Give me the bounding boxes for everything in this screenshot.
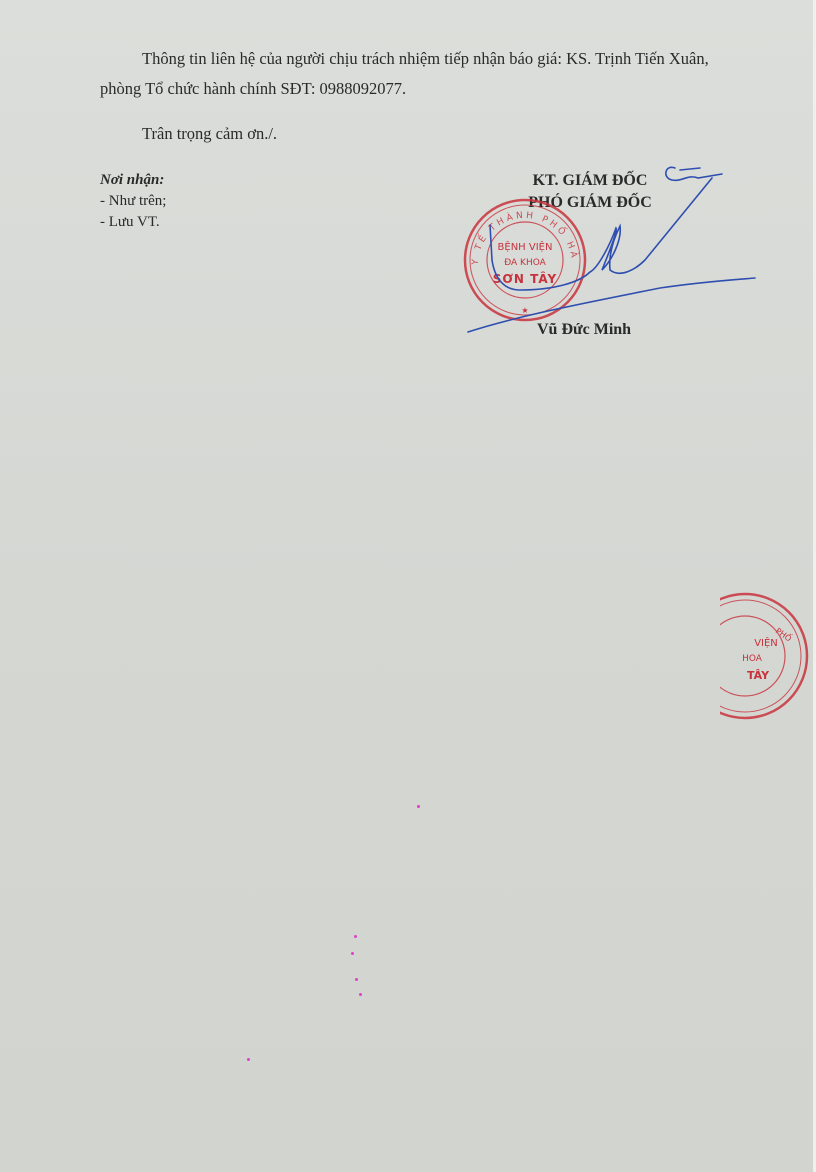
partial-stamp-line-3: TÂY: [747, 669, 770, 682]
ink-speck: [354, 935, 357, 938]
closing-text: Trân trọng cảm ơn./.: [142, 119, 772, 149]
partial-stamp-line-1: VIỆN: [754, 636, 778, 649]
ink-speck: [247, 1058, 250, 1061]
ink-speck: [351, 952, 354, 955]
ink-speck: [355, 978, 358, 981]
recipients-title: Nơi nhận:: [100, 170, 166, 191]
recipient-item: - Như trên;: [100, 191, 166, 212]
contact-paragraph: Thông tin liên hệ của người chịu trách n…: [100, 44, 730, 104]
signer-name: Vũ Đức Minh: [537, 321, 631, 339]
recipients-block: Nơi nhận: - Như trên; - Lưu VT.: [100, 170, 166, 233]
ink-speck: [359, 993, 362, 996]
partial-page-seal: VIỆN HOA TÂY PHỐ: [720, 590, 816, 725]
partial-stamp-line-2: HOA: [742, 654, 763, 664]
handwritten-signature: [460, 150, 760, 345]
recipient-item: - Lưu VT.: [100, 212, 166, 233]
ink-speck: [417, 805, 420, 808]
